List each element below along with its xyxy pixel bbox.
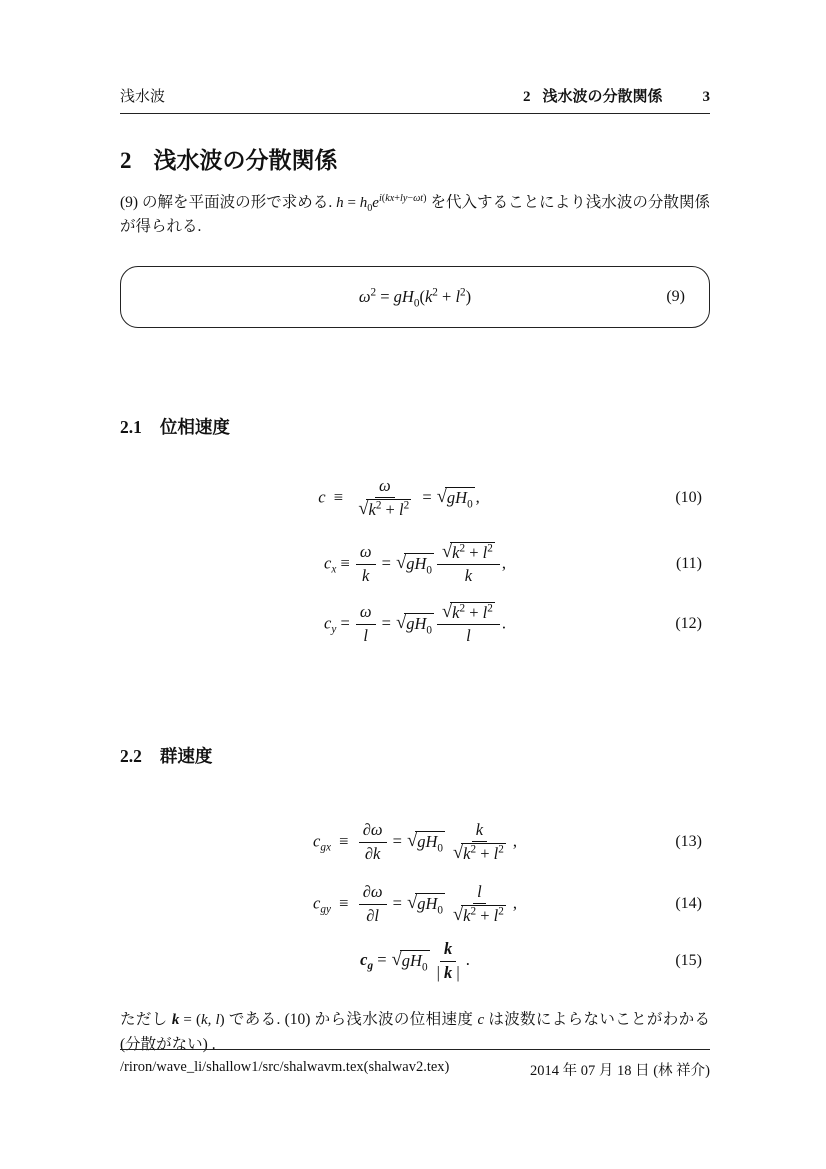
math-token: gH [447, 488, 467, 507]
math-token: ω [359, 287, 371, 306]
intro-inline-formula: h = h0ei(kx+ly−ωt) [336, 195, 426, 211]
section-number: 2 [120, 148, 132, 174]
equation-14-formula: cgy ≡ ∂ω∂l = √gH0l√k2 + l2, [313, 882, 517, 927]
math-token: + [476, 906, 494, 925]
math-fraction: l√k2 + l2 [448, 882, 511, 927]
radicand: gH0 [415, 831, 445, 852]
header-section-number: 2 [523, 89, 531, 106]
math-token: = [336, 613, 354, 632]
math-token: k [476, 820, 483, 839]
footer-date-author: 2014 年 07 月 18 日 (林 祥介) [530, 1059, 710, 1080]
math-token: = [376, 287, 394, 306]
math-token: k [465, 566, 472, 585]
outro-inline-formula-k: k = (k, l) [172, 1012, 225, 1028]
subsection-number: 2.2 [120, 746, 142, 767]
radicand: k2 + l2 [366, 499, 411, 521]
math-sup: 2 [487, 542, 493, 554]
outro-text-mid: である. (10) から浅水波の位相速度 [225, 1011, 478, 1028]
math-token: , [513, 831, 517, 850]
running-header: 浅水波 2 浅水波の分散関係 3 [120, 85, 710, 114]
math-token: + [465, 543, 483, 562]
math-fraction: ωl [356, 602, 376, 646]
math-token: = [344, 195, 360, 211]
math-token: 2 [404, 500, 410, 512]
header-doc-title: 浅水波 [120, 85, 165, 106]
math-fraction: ∂ω∂k [359, 820, 387, 864]
math-token: k [368, 500, 375, 519]
math-sqrt: √gH0 [407, 831, 445, 852]
math-sub: 0 [467, 498, 473, 510]
math-token: k, l [201, 1012, 220, 1028]
math-sqrt: √gH0 [407, 893, 445, 914]
equation-15: cg = √gH0k| k |. (15) [120, 936, 710, 986]
math-sqrt: √k2 + l2 [358, 499, 411, 521]
math-token: e [372, 195, 379, 211]
equation-13: cgx ≡ ∂ω∂k = √gH0k√k2 + l2, (13) [120, 812, 710, 872]
document-page: 浅水波 2 浅水波の分散関係 3 2 浅水波の分散関係 (9) の解を平面波の形… [120, 85, 710, 1057]
math-sqrt: √gH0 [437, 487, 475, 508]
math-token: = [373, 950, 391, 969]
math-token: | [437, 963, 444, 982]
math-sqrt: √gH0 [392, 950, 430, 971]
radicand: k2 + l2 [450, 602, 495, 624]
math-token: . [466, 950, 470, 969]
math-sup: i(kx+ly−ωt) [379, 193, 427, 204]
subsection-title: 位相速度 [160, 414, 230, 439]
math-token: l [466, 626, 471, 645]
math-token: gx [320, 841, 331, 853]
intro-text-before: (9) の解を平面波の形で求める. [120, 194, 336, 211]
subsection-heading-phase-speed: 2.1 位相速度 [120, 414, 710, 439]
math-token: 2 [498, 906, 504, 918]
math-sqrt: √k2 + l2 [442, 542, 495, 564]
math-token: = [389, 831, 407, 850]
math-sqrt: √k2 + l2 [442, 602, 495, 624]
math-token: gH [417, 894, 437, 913]
equation-13-number: (13) [675, 833, 702, 851]
math-token: = [378, 613, 396, 632]
math-token: ≡ [331, 893, 357, 912]
math-token: l [477, 882, 482, 901]
math-token: gH [417, 832, 437, 851]
math-token: ≡ [331, 831, 357, 850]
radicand: k2 + l2 [461, 905, 506, 927]
math-token: + [476, 844, 494, 863]
math-sub: 0 [437, 842, 443, 854]
radicand: k2 + l2 [461, 843, 506, 865]
equation-12-formula: cy = ωl = √gH0√k2 + l2l. [324, 602, 506, 647]
equation-13-formula: cgx ≡ ∂ω∂k = √gH0k√k2 + l2, [313, 820, 517, 865]
equation-15-formula: cg = √gH0k| k |. [360, 939, 470, 983]
equation-10-formula: c ≡ ω√k2 + l2 = √gH0, [318, 476, 480, 521]
equation-12: cy = ωl = √gH0√k2 + l2l. (12) [120, 595, 710, 653]
math-token: 2 [487, 542, 493, 554]
radicand: gH0 [404, 553, 434, 574]
math-sub: 0 [422, 961, 428, 973]
math-token: ω [360, 542, 372, 561]
math-token: gy [320, 903, 331, 915]
subsection-number: 2.1 [120, 417, 142, 438]
math-token: k [463, 844, 470, 863]
math-token: ≡ [336, 553, 354, 572]
math-sub: gx [320, 841, 331, 853]
math-token: k [444, 939, 452, 958]
math-token: , [513, 893, 517, 912]
math-token: = [378, 553, 396, 572]
math-sqrt: √gH0 [396, 613, 434, 634]
math-token: gH [402, 951, 422, 970]
outro-text-before: ただし [120, 1011, 172, 1028]
math-token: 2 [498, 844, 504, 856]
math-token: ∂ω [363, 882, 383, 901]
math-sup: 2 [404, 500, 410, 512]
math-token: ) [466, 287, 472, 306]
math-token: , [502, 553, 506, 572]
equation-11: cx ≡ ωk = √gH0√k2 + l2k, (11) [120, 535, 710, 593]
math-token: gH [394, 287, 414, 306]
header-page-number: 3 [703, 89, 711, 106]
math-token: 0 [426, 624, 432, 636]
math-token: gH [406, 614, 426, 633]
radicand: gH0 [404, 613, 434, 634]
equation-10: c ≡ ω√k2 + l2 = √gH0, (10) [120, 465, 710, 531]
math-token: ∂ω [363, 820, 383, 839]
equation-11-formula: cx ≡ ωk = √gH0√k2 + l2k, [324, 542, 506, 587]
math-fraction: k√k2 + l2 [448, 820, 511, 865]
radicand: k2 + l2 [450, 542, 495, 564]
math-token: = [418, 487, 436, 506]
equation-14-number: (14) [675, 895, 702, 913]
math-token: ω [360, 602, 372, 621]
header-section-title: 浅水波の分散関係 [542, 85, 662, 106]
math-sup: 2 [487, 602, 493, 614]
math-token: h [336, 195, 344, 211]
math-token: + [381, 500, 399, 519]
subsection-title: 群速度 [160, 743, 213, 768]
intro-paragraph: (9) の解を平面波の形で求める. h = h0ei(kx+ly−ωt) を代入… [120, 191, 710, 239]
math-sqrt: √gH0 [396, 553, 434, 574]
math-token: ≡ [326, 487, 352, 506]
equation-15-number: (15) [675, 952, 702, 970]
math-token: + [438, 287, 456, 306]
math-token: kx [385, 193, 394, 204]
math-token: . [502, 613, 506, 632]
math-token: ∂l [366, 906, 379, 925]
header-section-ref: 2 浅水波の分散関係 3 [523, 85, 710, 106]
math-token: = ( [179, 1012, 201, 1028]
math-fraction: ωk [356, 542, 376, 586]
math-fraction: √k2 + l2k [437, 542, 500, 587]
math-token: 0 [422, 961, 428, 973]
math-token: 0 [437, 904, 443, 916]
equation-10-number: (10) [675, 489, 702, 507]
section-heading: 2 浅水波の分散関係 [120, 142, 710, 175]
math-token: k [362, 566, 369, 585]
radicand: gH0 [445, 487, 475, 508]
equation-9-number: (9) [666, 288, 685, 306]
math-sub: 0 [426, 624, 432, 636]
math-sub: 0 [426, 564, 432, 576]
math-token: | [452, 963, 459, 982]
section-title: 浅水波の分散関係 [154, 142, 338, 175]
equation-14: cgy ≡ ∂ω∂l = √gH0l√k2 + l2, (14) [120, 874, 710, 934]
math-sup: 2 [498, 844, 504, 856]
boxed-equation-9: ω2 = gH0(k2 + l2) (9) [120, 266, 710, 328]
math-token: ω [379, 476, 391, 495]
math-sqrt: √k2 + l2 [453, 843, 506, 865]
math-token: l [363, 626, 368, 645]
math-fraction: √k2 + l2l [437, 602, 500, 647]
radicand: gH0 [415, 893, 445, 914]
math-token: = [389, 893, 407, 912]
equation-12-number: (12) [675, 615, 702, 633]
math-sqrt: √k2 + l2 [453, 905, 506, 927]
equation-11-number: (11) [676, 555, 702, 573]
math-sub: gy [320, 903, 331, 915]
math-token: gH [406, 554, 426, 573]
equation-9-formula: ω2 = gH0(k2 + l2) [359, 287, 471, 307]
math-token: ∂k [365, 844, 380, 863]
math-token: 0 [437, 842, 443, 854]
math-sup: 2 [498, 906, 504, 918]
math-token: 0 [467, 498, 473, 510]
math-token: 2 [487, 602, 493, 614]
math-fraction: k| k | [433, 939, 464, 983]
math-fraction: ω√k2 + l2 [353, 476, 416, 521]
footer-file-path: /riron/wave_li/shallow1/src/shalwavm.tex… [120, 1059, 449, 1080]
subsection-heading-group-speed: 2.2 群速度 [120, 743, 710, 768]
radicand: gH0 [400, 950, 430, 971]
math-token: k [463, 906, 470, 925]
math-token: ωt [413, 193, 423, 204]
math-fraction: ∂ω∂l [359, 882, 387, 926]
page-footer: /riron/wave_li/shallow1/src/shalwavm.tex… [120, 1049, 710, 1080]
math-token: + [465, 603, 483, 622]
math-token: 0 [426, 564, 432, 576]
math-sub: 0 [437, 904, 443, 916]
math-token: , [476, 487, 480, 506]
